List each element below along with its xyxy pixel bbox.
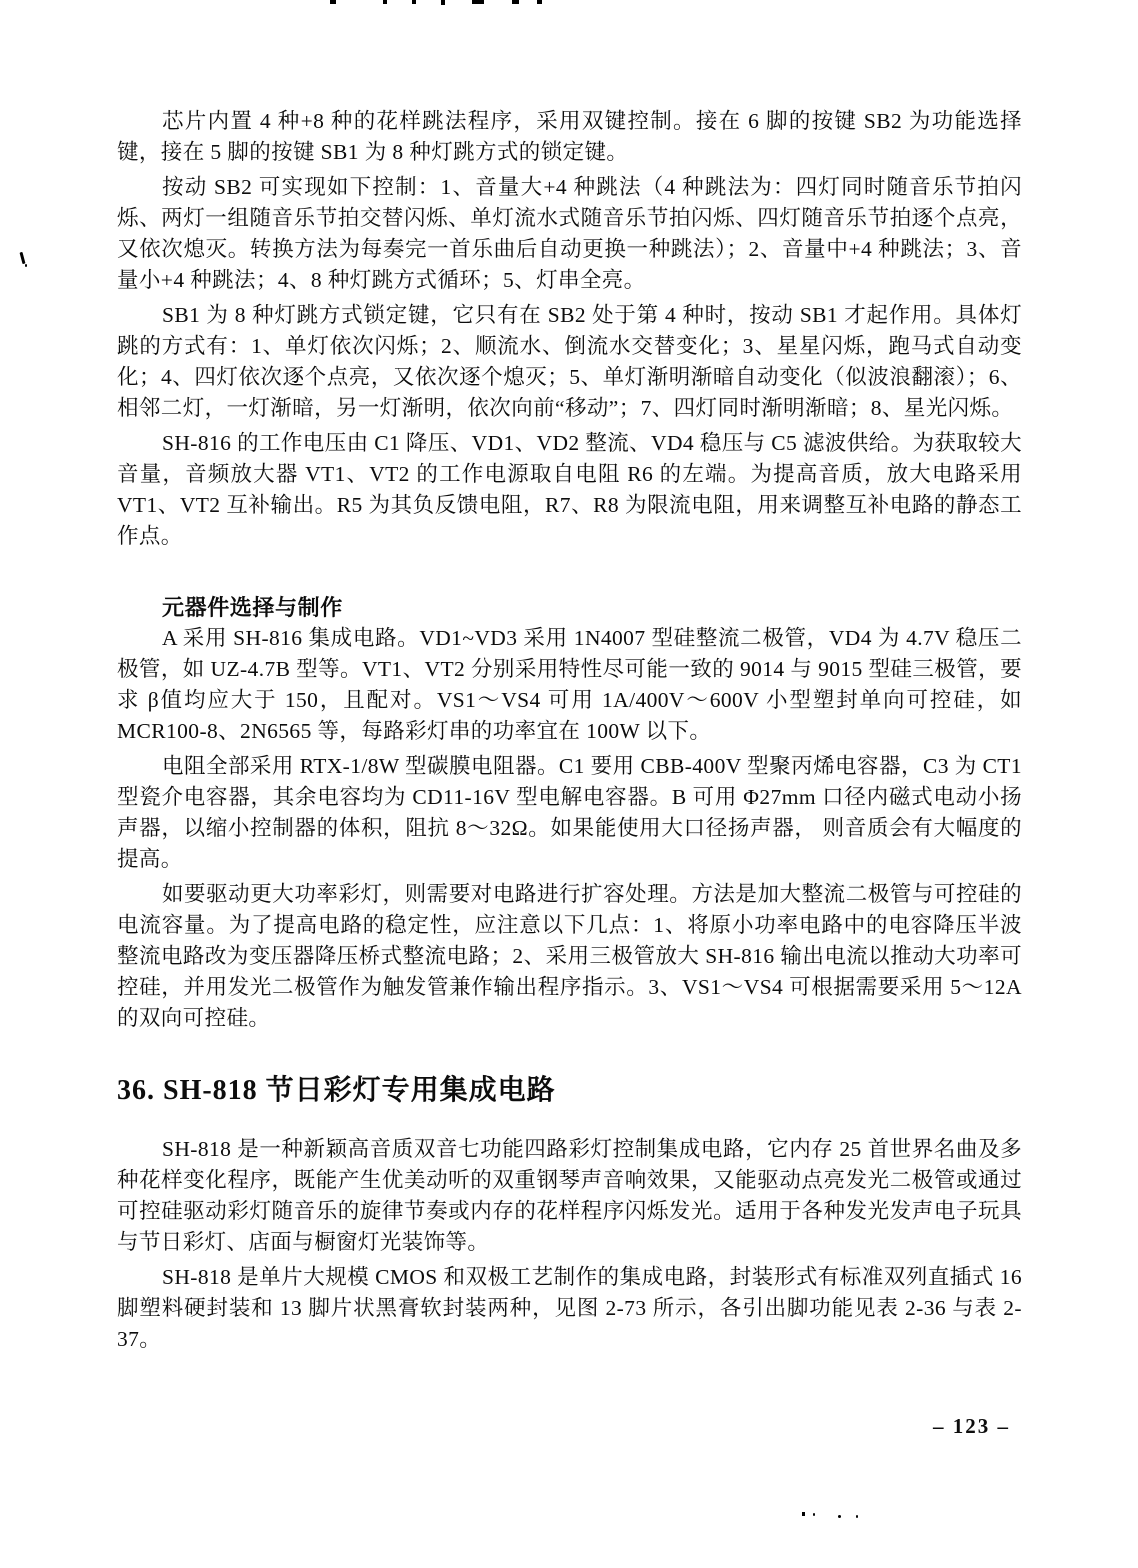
page-content: 芯片内置 4 种+8 种的花样跳法程序，采用双键控制。接在 6 脚的按键 SB2… bbox=[117, 106, 1022, 1359]
paragraph: 按动 SB2 可实现如下控制：1、音量大+4 种跳法（4 种跳法为：四灯同时随音… bbox=[117, 172, 1022, 296]
scan-artifact-left-tick bbox=[19, 252, 25, 264]
paragraph: 电阻全部采用 RTX-1/8W 型碳膜电阻器。C1 要用 CBB-400V 型聚… bbox=[117, 751, 1022, 875]
paragraph: SH-816 的工作电压由 C1 降压、VD1、VD2 整流、VD4 稳压与 C… bbox=[117, 428, 1022, 552]
subsection-heading: 元器件选择与制作 bbox=[117, 592, 1022, 623]
scanned-book-page: 芯片内置 4 种+8 种的花样跳法程序，采用双键控制。接在 6 脚的按键 SB2… bbox=[0, 0, 1138, 1568]
section-heading: 36. SH-818 节日彩灯专用集成电路 bbox=[117, 1074, 1022, 1108]
paragraph: 芯片内置 4 种+8 种的花样跳法程序，采用双键控制。接在 6 脚的按键 SB2… bbox=[117, 106, 1022, 168]
paragraph: SB1 为 8 种灯跳方式锁定键，它只有在 SB2 处于第 4 种时，按动 SB… bbox=[117, 300, 1022, 424]
paragraph: SH-818 是一种新颖高音质双音七功能四路彩灯控制集成电路，它内存 25 首世… bbox=[117, 1134, 1022, 1258]
paragraph: SH-818 是单片大规模 CMOS 和双极工艺制作的集成电路，封装形式有标准双… bbox=[117, 1262, 1022, 1355]
paragraph: A 采用 SH-816 集成电路。VD1~VD3 采用 1N4007 型硅整流二… bbox=[117, 623, 1022, 747]
scan-artifact-left-dot bbox=[25, 264, 27, 267]
page-number: – 123 – bbox=[933, 1414, 1010, 1439]
paragraph: 如要驱动更大功率彩灯，则需要对电路进行扩容处理。方法是加大整流二极管与可控硅的电… bbox=[117, 879, 1022, 1034]
